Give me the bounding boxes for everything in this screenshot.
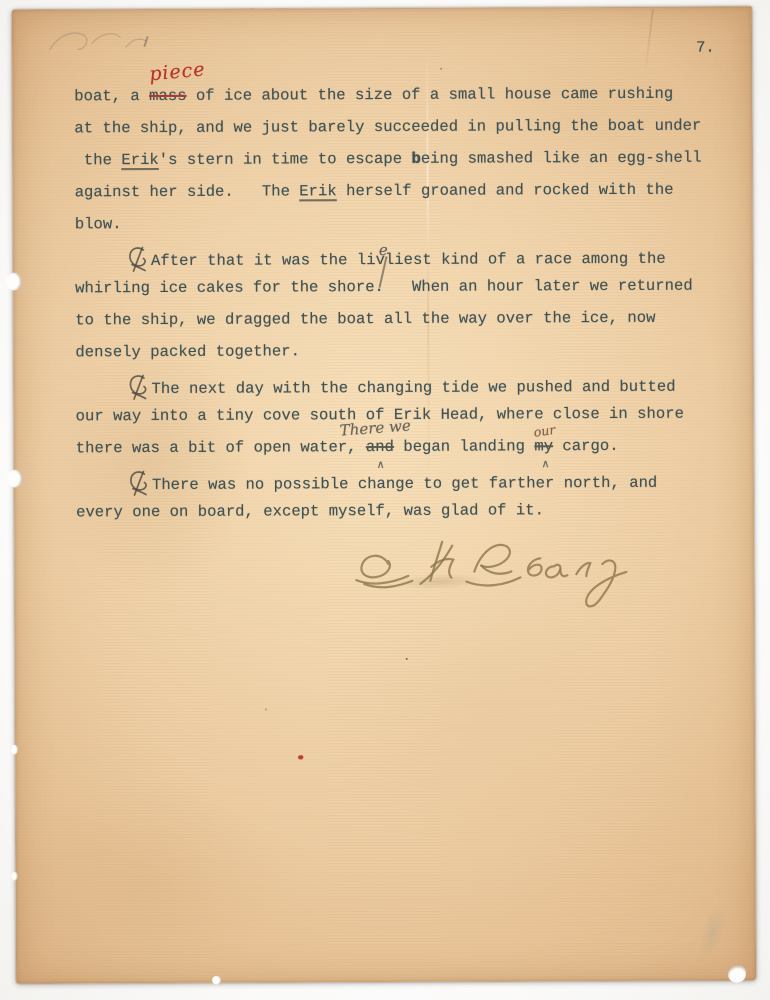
line-text: After that it was the liv <box>151 251 385 270</box>
line-text: herself groaned and rocked with the <box>337 181 674 200</box>
struck-word-my: myour∧ <box>534 437 553 455</box>
line-text: there was a bit of open water, <box>76 438 366 457</box>
handwritten-insert-piece: piece <box>148 58 206 85</box>
edge-nick <box>12 872 18 881</box>
line-text: boat, a <box>74 87 149 105</box>
paper-speck <box>440 68 442 70</box>
line-text: to the ship, we dragged the boat all the… <box>75 309 655 330</box>
line-text: liest kind of a race among the <box>385 250 666 269</box>
line-text: began landing <box>394 437 534 456</box>
typed-line-14: every one on board, except myself, was g… <box>76 499 544 523</box>
edge-nick <box>11 745 18 755</box>
edge-chip <box>728 965 746 982</box>
peary-signature <box>354 521 662 617</box>
typed-line-6: After that it was the liveliest kind of … <box>75 243 666 273</box>
struck-word-mass: masspiece <box>149 87 187 105</box>
typed-line-2: at the ship, and we just barely succeede… <box>74 115 701 140</box>
line-text: 's stern in time to escape <box>159 150 412 169</box>
line-text: at the ship, and we just barely succeede… <box>74 117 701 138</box>
red-ink-spot <box>298 755 303 759</box>
typed-line-5: blow. <box>75 213 122 235</box>
overtyped-letter: b <box>411 150 420 168</box>
line-text: against her side. The <box>75 182 300 201</box>
red-strikethrough-text: mass <box>149 87 187 105</box>
typed-line-4: against her side. The Erik herself groan… <box>75 179 674 204</box>
paragraph-mark-icon <box>129 469 149 496</box>
line-text: the <box>74 151 121 169</box>
paragraph-mark-icon <box>128 373 148 400</box>
paper-speck <box>406 658 408 660</box>
paragraph-mark-icon <box>128 245 148 272</box>
edge-notch <box>6 273 22 291</box>
line-text: blow. <box>75 215 122 233</box>
typed-line-13: There was no possible change to get fart… <box>76 467 657 497</box>
page-number: 7. <box>696 37 715 59</box>
line-text: cargo. <box>553 437 619 455</box>
line-text: of ice about the size of a small house c… <box>187 85 674 105</box>
edge-nick <box>212 976 221 985</box>
underlined-ship-name: Erik <box>121 151 159 169</box>
paper-stain <box>43 329 254 600</box>
underlined-ship-name: Erik <box>299 182 337 200</box>
manuscript-paper: 7. boat, a masspiece of ice about the si… <box>12 6 756 983</box>
line-text: whirling ice cakes for the shore. When a… <box>75 277 693 298</box>
typed-line-9: densely packed together. <box>75 340 300 363</box>
handwritten-insert-our: our <box>532 419 556 444</box>
paper-speck <box>265 709 267 711</box>
scan-background: { "doc": { "page_number": "7.", "colors"… <box>0 0 770 1000</box>
edge-notch <box>7 470 23 488</box>
erased-pencil-scribble <box>40 19 150 63</box>
typed-line-12: there was a bit of open water, andThere … <box>76 435 619 459</box>
line-text: every one on board, except myself, was g… <box>76 501 544 521</box>
line-text: densely packed together. <box>75 342 300 361</box>
corner-crease <box>644 9 653 75</box>
line-text: There was no possible change to get fart… <box>152 474 657 494</box>
typed-line-10: The next day with the changing tide we p… <box>75 371 675 401</box>
paper-stain <box>5 778 286 989</box>
pencil-strikethrough-text: and <box>366 438 394 456</box>
line-text: The next day with the changing tide we p… <box>151 378 675 398</box>
typed-line-8: to the ship, we dragged the boat all the… <box>75 307 655 332</box>
typed-line-3: the Erik's stern in time to escape being… <box>74 147 701 172</box>
ink-smudge <box>694 903 731 961</box>
line-text: eing smashed like an egg-shell <box>421 149 702 168</box>
typed-line-7: whirling ice cakes for the shore. When a… <box>75 275 693 300</box>
typed-line-1: boat, a masspiece of ice about the size … <box>74 83 673 108</box>
struck-word-and: andThere we∧ <box>366 438 394 456</box>
